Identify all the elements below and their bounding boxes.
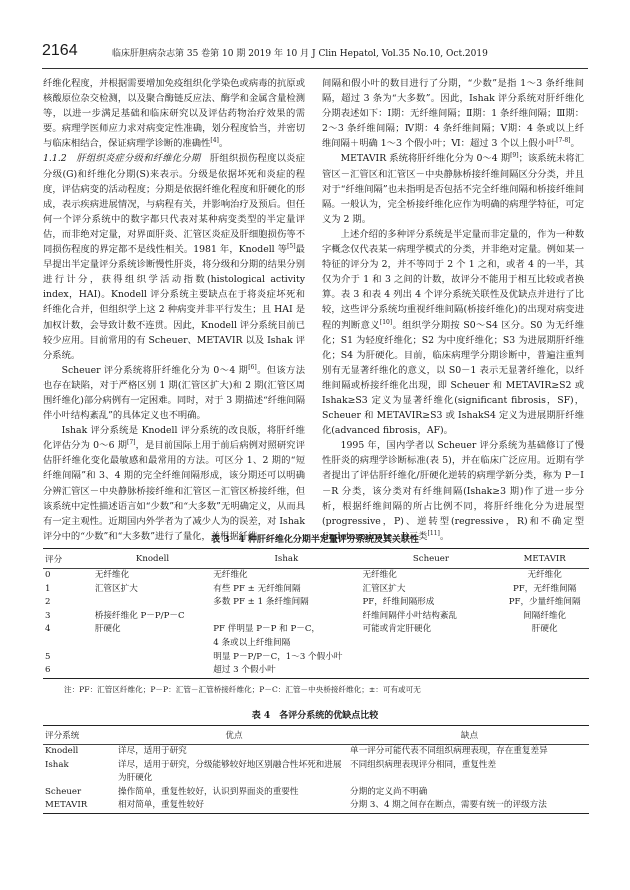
paragraph: Scheuer 评分系统将肝纤维化分为 0～4 期[6]。但该方法也存在缺陷，对… [43, 363, 305, 423]
citation-ref[interactable]: [6] [248, 364, 257, 371]
column-header: 缺点 [350, 726, 589, 745]
table-row: 4 条或以上纤维间隔 [43, 637, 589, 651]
paragraph: 间隔和假小叶的数目进行了分期，“少数”是指 1～3 条纤维间隔，超过 3 条为“… [322, 76, 584, 151]
column-header: Scheuer [360, 549, 500, 569]
column-header: 评分 [43, 549, 93, 569]
citation-ref[interactable]: [7] [127, 439, 136, 446]
table3: 评分 Knodell Ishak Scheuer METAVIR 0无纤维化无纤… [43, 548, 589, 679]
column-header: Knodell [93, 549, 211, 569]
section-heading: 1.1.2 肝组织炎症分级和纤维化分期 [43, 153, 200, 164]
table-header-row: 评分系统 优点 缺点 [43, 726, 589, 745]
table-row: 1汇管区扩大有些 PF ± 无纤维间隔汇管区扩大PF，无纤维间隔 [43, 583, 589, 597]
table-row: Ishak详尽，适用于研究，分级能够较好地区别融合性坏死和进展为肝硬化不同组织病… [43, 759, 589, 786]
page-number: 2164 [42, 42, 78, 60]
citation-ref[interactable]: [9] [510, 152, 519, 159]
table4-title: 表 4 各评分系统的优缺点比较 [0, 708, 630, 721]
table-row: 6超过 3 个假小叶 [43, 664, 589, 678]
table4: 评分系统 优点 缺点 Knodell详尽，适用于研究单一评分可能代表不同组织病理… [43, 725, 589, 814]
citation-ref[interactable]: [10] [380, 318, 392, 325]
right-column: 间隔和假小叶的数目进行了分期，“少数”是指 1～3 条纤维间隔，超过 3 条为“… [322, 76, 584, 544]
table3-title: 表 3 4 种肝纤维化分期半定量评分系统及其关联性 [0, 532, 630, 545]
left-column: 纤维化程度，并根据需要增加免疫组织化学染色或病毒的抗原或核酸原位杂交检测，以及聚… [43, 76, 305, 544]
table3-note: 注：PF：汇管区纤维化；P－P：汇管－汇管桥接纤维化；P－C：汇管－中央桥接纤维… [64, 684, 421, 695]
column-header: 优点 [118, 726, 350, 745]
column-header: Ishak [211, 549, 360, 569]
citation-ref[interactable]: [4] [210, 137, 219, 144]
table-row: 4肝硬化PF 伴明显 P－P 和 P－C，可能或肯定肝硬化肝硬化 [43, 623, 589, 637]
citation-ref[interactable]: [7-8] [556, 137, 570, 144]
page-header: 2164 临床肝胆病杂志第 35 卷第 10 期 2019 年 10 月 J C… [42, 42, 588, 69]
journal-citation: 临床肝胆病杂志第 35 卷第 10 期 2019 年 10 月 J Clin H… [112, 46, 488, 59]
table-row: METAVIR相对简单，重复性较好分期 3、4 期之间存在断点，需要有统一的评级… [43, 799, 589, 813]
table-row: 2多数 PF ± 1 条纤维间隔PF，纤维间隔形成PF，少量纤维间隔 [43, 596, 589, 610]
paragraph: 1.1.2 肝组织炎症分级和纤维化分期 肝组织损伤程度以炎症分级(G)和纤维化分… [43, 151, 305, 362]
table-row: Knodell详尽，适用于研究单一评分可能代表不同组织病理表现，存在重复差异 [43, 745, 589, 759]
paragraph: 纤维化程度，并根据需要增加免疫组织化学染色或病毒的抗原或核酸原位杂交检测，以及聚… [43, 76, 305, 151]
citation-ref[interactable]: [5] [287, 243, 296, 250]
table-row: 3桥接纤维化 P－P/P－C纤维间隔伴小叶结构紊乱间隔纤维化 [43, 610, 589, 624]
column-header: METAVIR [500, 549, 589, 569]
paragraph: Ishak 评分系统是 Knodell 评分系统的改良版，将肝纤维化评估分为 0… [43, 423, 305, 544]
paragraph: 1995 年，国内学者以 Scheuer 评分系统为基础修订了慢性肝炎的病理学诊… [322, 438, 584, 544]
table-row: Scheuer操作简单，重复性较好，认识到界面炎的重要性分期的定义尚不明确 [43, 786, 589, 800]
table-header-row: 评分 Knodell Ishak Scheuer METAVIR [43, 549, 589, 569]
table-row: 5明显 P－P/P－C，1～3 个假小叶 [43, 651, 589, 665]
paragraph: METAVIR 系统将肝纤维化分为 0～4 期[9]；该系统未将汇管区－汇管区和… [322, 151, 584, 226]
column-header: 评分系统 [43, 726, 118, 745]
table-row: 0无纤维化无纤维化无纤维化无纤维化 [43, 569, 589, 583]
paragraph: 上述介绍的多种评分系统是半定量而非定量的，作为一种数字概念仅代表某一病理学模式的… [322, 227, 584, 438]
